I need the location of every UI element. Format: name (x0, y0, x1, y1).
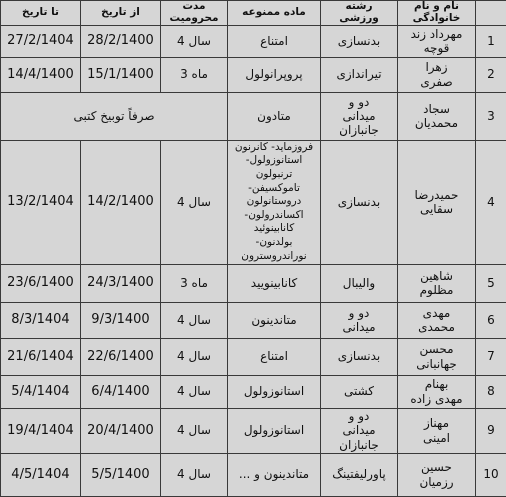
cell-sport: دو و میدانی (320, 302, 397, 338)
cell-duration: 4 سال (160, 140, 227, 264)
header-to-date: تا تاریخ (0, 1, 80, 26)
cell-name: حسین رزمیان (397, 453, 475, 496)
cell-sport: دو و میدانی جانبازان (320, 92, 397, 140)
cell-substance: متاندینون (227, 302, 320, 338)
cell-substance: فروزماید- کانرنون استانوزولول- ترنبولون … (227, 140, 320, 264)
header-name: نام و نام خانوادگی (397, 1, 475, 26)
cell-duration: 3 ماه (160, 264, 227, 302)
cell-from-date: 22/6/1400 (80, 338, 160, 375)
table-row: 2 زهرا صفری تیراندازی پروپرانولول 3 ماه … (0, 57, 506, 92)
cell-from-date: 9/3/1400 (80, 302, 160, 338)
cell-to-date: 27/2/1404 (0, 25, 80, 57)
cell-to-date: 21/6/1404 (0, 338, 80, 375)
cell-substance: امتناع (227, 25, 320, 57)
cell-from-date: 28/2/1400 (80, 25, 160, 57)
cell-substance: متاندینون و ... (227, 453, 320, 496)
cell-row-number: 7 (475, 338, 506, 375)
cell-sport: پاورلیفتینگ (320, 453, 397, 496)
header-row: نام و نام خانوادگی رشته ورزشی ماده ممنوع… (0, 1, 506, 26)
cell-substance: امتناع (227, 338, 320, 375)
cell-duration: 4 سال (160, 302, 227, 338)
cell-name: محسن جهانبانی (397, 338, 475, 375)
cell-sport: بدنسازی (320, 25, 397, 57)
cell-row-number: 9 (475, 408, 506, 453)
cell-from-date: 15/1/1400 (80, 57, 160, 92)
cell-sport: والیبال (320, 264, 397, 302)
cell-duration: 4 سال (160, 408, 227, 453)
cell-from-date: 5/5/1400 (80, 453, 160, 496)
cell-duration: 4 سال (160, 453, 227, 496)
cell-substance: استانوزولول (227, 375, 320, 408)
table-row: 3 سجاد محمدیان دو و میدانی جانبازان متاد… (0, 92, 506, 140)
header-from-date: از تاریخ (80, 1, 160, 26)
cell-to-date: 14/4/1400 (0, 57, 80, 92)
cell-sport: بدنسازی (320, 140, 397, 264)
table-row: 7 محسن جهانبانی بدنسازی امتناع 4 سال 22/… (0, 338, 506, 375)
cell-name: مهدی محمدی (397, 302, 475, 338)
cell-duration: 3 ماه (160, 57, 227, 92)
cell-duration: 4 سال (160, 375, 227, 408)
cell-to-date: 5/4/1404 (0, 375, 80, 408)
cell-name: بهنام مهدی زاده (397, 375, 475, 408)
table-row: 10 حسین رزمیان پاورلیفتینگ متاندینون و .… (0, 453, 506, 496)
cell-name: مهرداد زند قوچه (397, 25, 475, 57)
cell-to-date: 19/4/1404 (0, 408, 80, 453)
cell-sport: کشتی (320, 375, 397, 408)
cell-sport: بدنسازی (320, 338, 397, 375)
table-row: 1 مهرداد زند قوچه بدنسازی امتناع 4 سال 2… (0, 25, 506, 57)
cell-duration: 4 سال (160, 338, 227, 375)
header-duration: مدت محرومیت (160, 1, 227, 26)
cell-from-date: 14/2/1400 (80, 140, 160, 264)
cell-row-number: 6 (475, 302, 506, 338)
cell-substance: کانابینویید (227, 264, 320, 302)
cell-row-number: 5 (475, 264, 506, 302)
cell-sport: تیراندازی (320, 57, 397, 92)
header-row-number (475, 1, 506, 26)
table-row: 4 حمیدرضا سقایی بدنسازی فروزماید- کانرنو… (0, 140, 506, 264)
cell-to-date: 23/6/1400 (0, 264, 80, 302)
cell-to-date: 8/3/1404 (0, 302, 80, 338)
doping-ban-table: نام و نام خانوادگی رشته ورزشی ماده ممنوع… (0, 0, 506, 497)
cell-row-number: 3 (475, 92, 506, 140)
cell-name: مهناز امینی (397, 408, 475, 453)
cell-substance: استانوزولول (227, 408, 320, 453)
table-row: 6 مهدی محمدی دو و میدانی متاندینون 4 سال… (0, 302, 506, 338)
cell-name: حمیدرضا سقایی (397, 140, 475, 264)
cell-duration: 4 سال (160, 25, 227, 57)
cell-from-date: 24/3/1400 (80, 264, 160, 302)
cell-to-date: 4/5/1404 (0, 453, 80, 496)
cell-to-date: 13/2/1404 (0, 140, 80, 264)
cell-row-number: 8 (475, 375, 506, 408)
cell-name: سجاد محمدیان (397, 92, 475, 140)
cell-name: شاهین مظلوم (397, 264, 475, 302)
table-row: 8 بهنام مهدی زاده کشتی استانوزولول 4 سال… (0, 375, 506, 408)
cell-from-date: 20/4/1400 (80, 408, 160, 453)
header-substance: ماده ممنوعه (227, 1, 320, 26)
cell-from-date: 6/4/1400 (80, 375, 160, 408)
cell-substance: متادون (227, 92, 320, 140)
table-row: 5 شاهین مظلوم والیبال کانابینویید 3 ماه … (0, 264, 506, 302)
cell-row-number: 1 (475, 25, 506, 57)
cell-substance: پروپرانولول (227, 57, 320, 92)
cell-row-number: 2 (475, 57, 506, 92)
header-sport: رشته ورزشی (320, 1, 397, 26)
cell-row-number: 10 (475, 453, 506, 496)
table-row: 9 مهناز امینی دو و میدانی جانبازان استان… (0, 408, 506, 453)
cell-row-number: 4 (475, 140, 506, 264)
cell-note-merged: صرفاً توبیخ کتبی (0, 92, 227, 140)
cell-name: زهرا صفری (397, 57, 475, 92)
cell-sport: دو و میدانی جانبازان (320, 408, 397, 453)
